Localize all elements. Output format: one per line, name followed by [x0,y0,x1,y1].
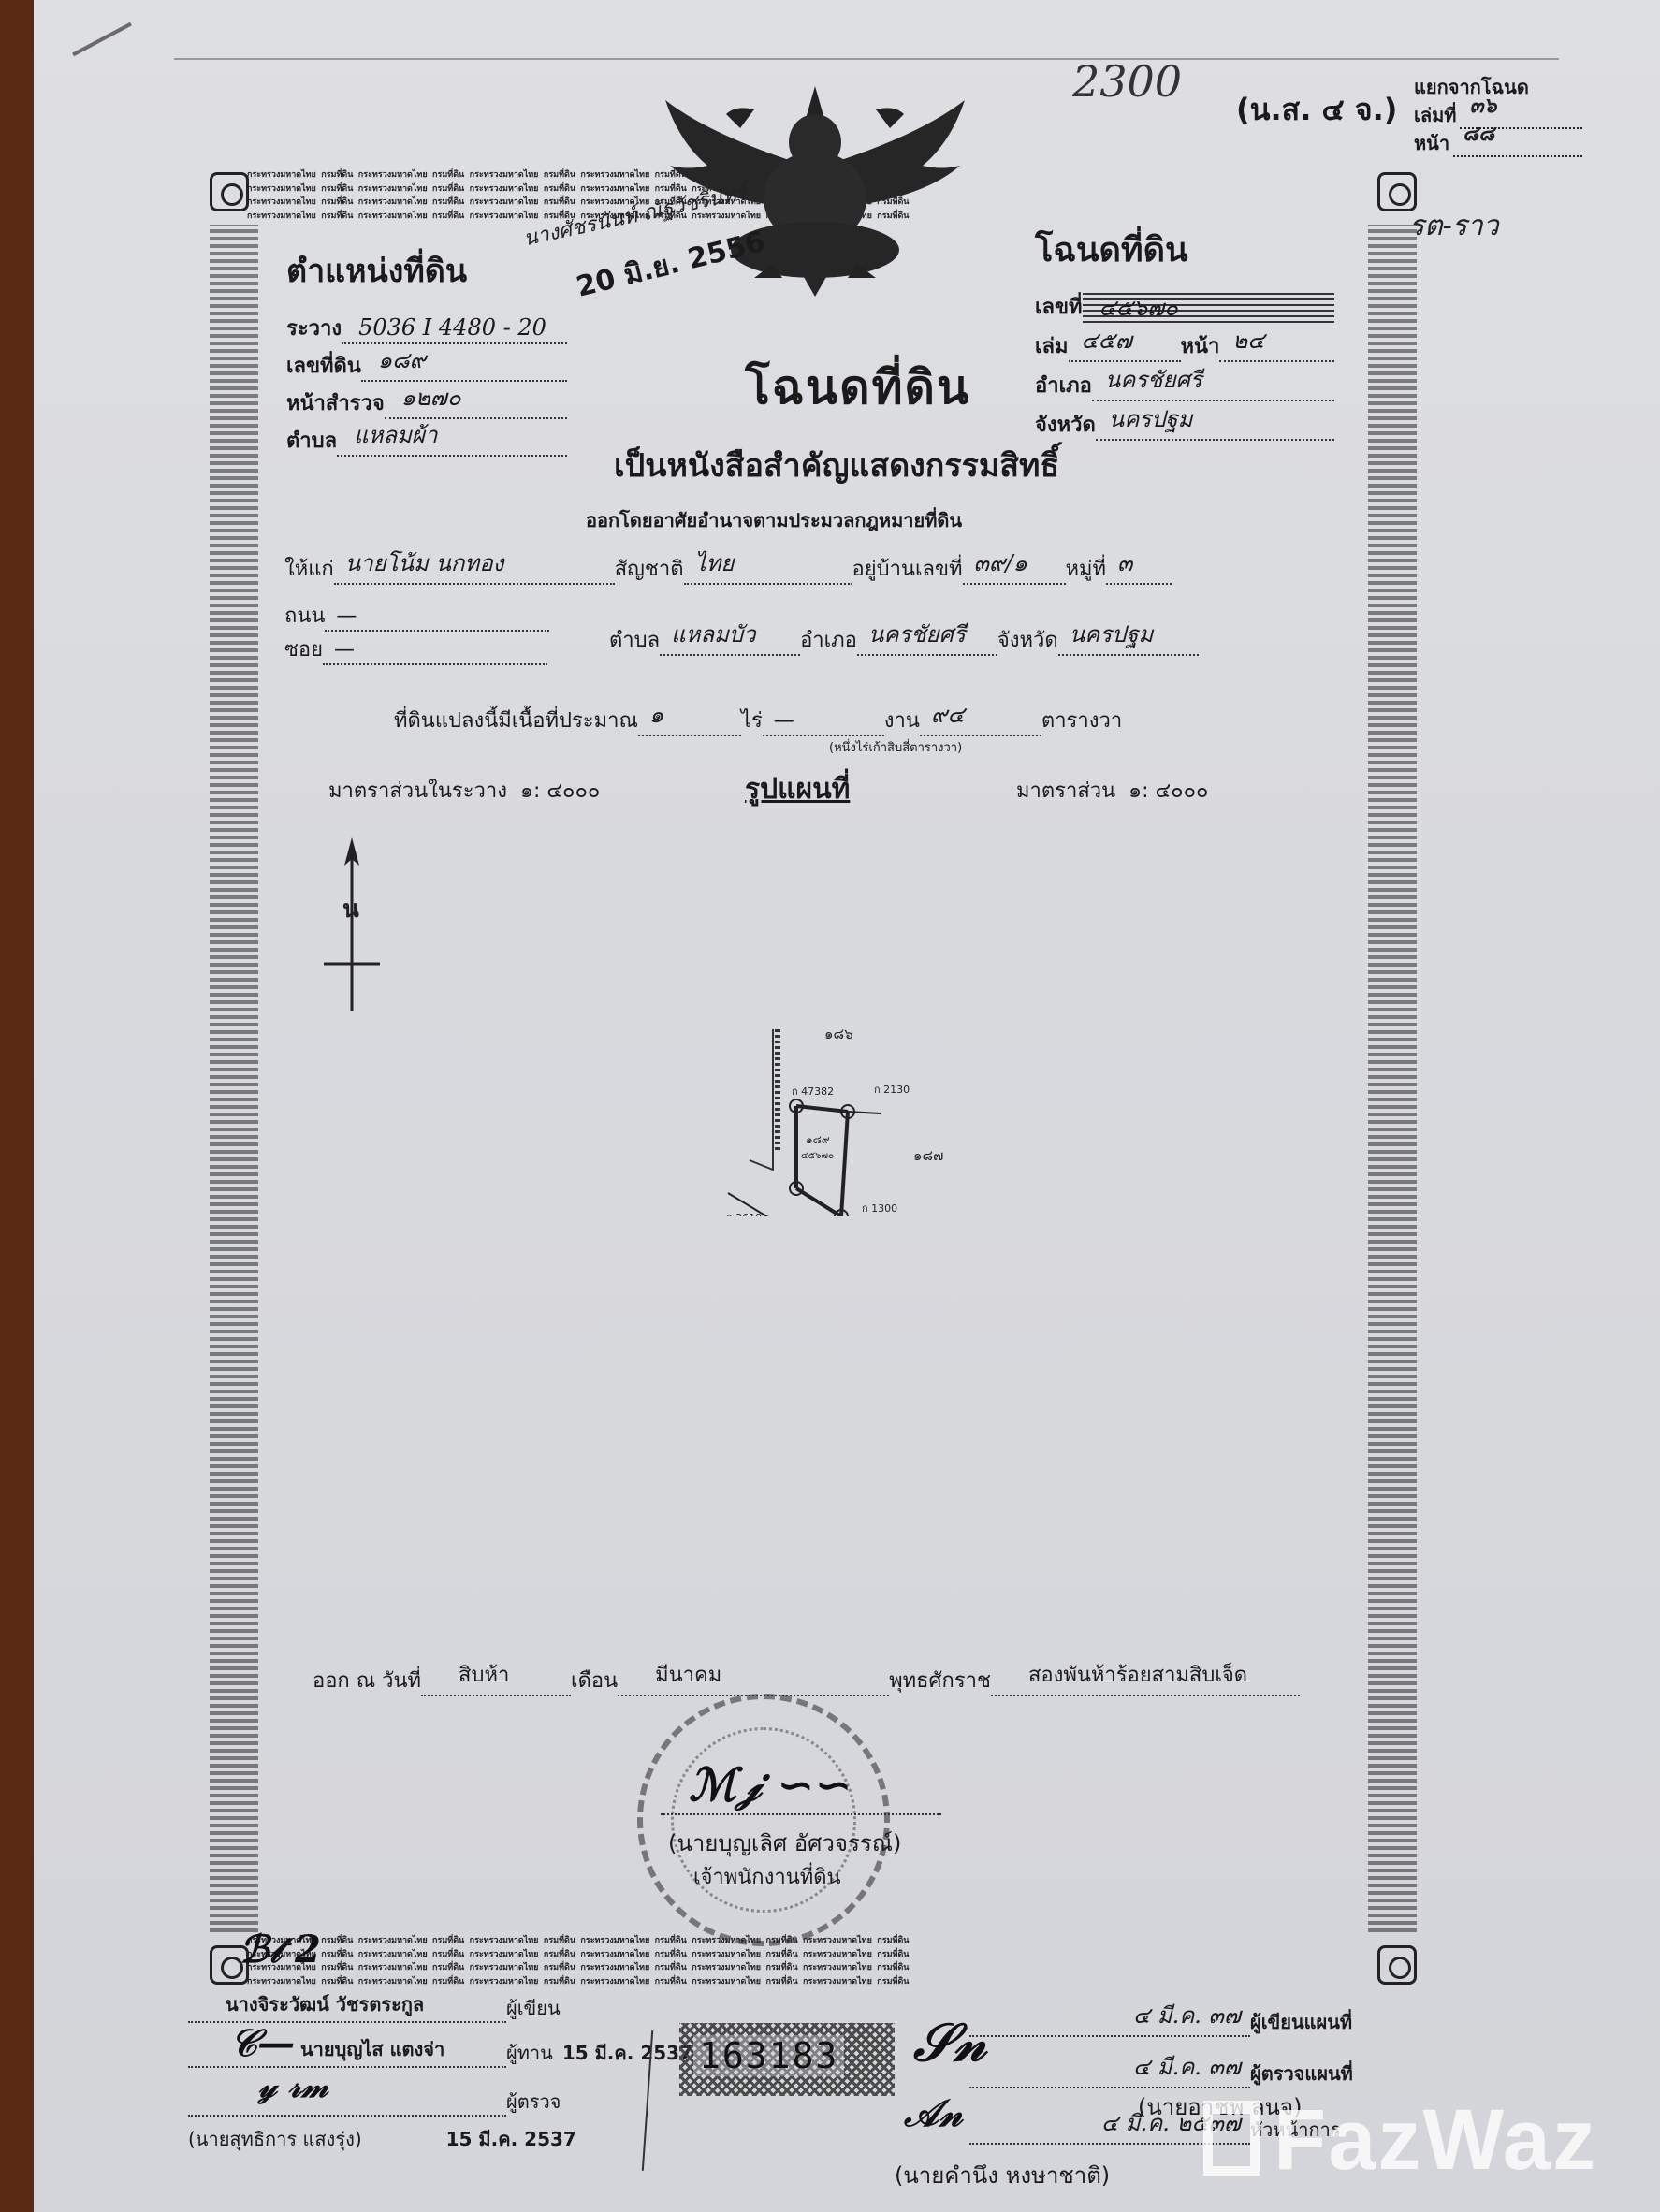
inspector-row: ผู้ตรวจ [188,2087,561,2117]
house-no-value: ๓๙/๑ [974,545,1027,581]
officer-name: (นายบุญเลิศ อัศวจรรณ์) [668,1825,901,1861]
map-checker-row: ๔ มี.ค. ๓๗ ผู้ตรวจแผนที่ [969,2059,1353,2088]
split-from-box: แยกจากโฉนด เล่มที่๓๖ หน้า๘๘ [1414,73,1582,157]
svg-text:ก 2130: ก 2130 [874,1084,910,1096]
owner-name: นายโน้ม นกทอง [345,545,504,581]
parcel-map-drawing: ๑๘๖ ๑๘๗ ๑๘๙ ๔๕๖๗๐ ก 47382 ก 2130 ก 1300 … [679,992,1016,1216]
watermark: FazWaz [1274,2091,1597,2190]
owner-province-value: นครปฐม [1070,616,1154,652]
land-location-title: ตำแหน่งที่ดิน [286,245,567,296]
split-volume-label: เล่มที่ [1414,101,1456,129]
deed-amphoe-label: อำเภอ [1035,369,1092,401]
deed-number-label: เลขที่ [1035,290,1083,323]
subtitle: เป็นหนังสือสำคัญแสดงกรรมสิทธิ์ [614,440,1059,490]
issued-by-law: ออกโดยอาศัยอำนาจตามประมวลกฎหมายที่ดิน [586,505,962,535]
deed-number-value: ๔๕๖๗๐ [1099,289,1178,326]
pen-mark [72,22,132,56]
split-volume-value: ๓๖ [1469,92,1496,120]
map-checker-date: ๔ มี.ค. ๓๗ [1133,2048,1241,2085]
inspector-name: (นายสุทธิการ แสงรุ่ง) [188,2124,362,2154]
map-checker-label: ผู้ตรวจแผนที่ [1250,2059,1353,2088]
split-page-label: หน้า [1414,129,1449,157]
map-scale: มาตราส่วน ๑: ๔๐๐๐ [1016,774,1208,807]
issued-date-row: ออก ณ วันที่ สิบห้า เดือน มีนาคม พุทธศัก… [313,1664,1370,1696]
top-rule [174,58,1559,60]
area-label: ที่ดินแปลงนี้มีเนื้อที่ประมาณ [394,704,638,736]
deed-amphoe-value: นครชัยศรี [1105,361,1202,398]
area-wa-label: ตารางวา [1041,704,1122,736]
owner-tambon-label: ตำบล [609,623,660,656]
issued-day-value: สิบห้า [459,1658,509,1691]
officer-signature: ℳ𝒿 ∽∽ [689,1759,852,1812]
area-rai-label: ไร่ [741,704,763,736]
owner-amphoe-label: อำเภอ [800,623,857,656]
area-ngan-label: งาน [884,704,920,736]
svg-text:๑๘๗: ๑๘๗ [913,1147,943,1164]
handwritten-number: 2300 [1072,56,1182,107]
inspector-name-row: (นายสุทธิการ แสงรุ่ง) 15 มี.ค. 2537 [188,2124,576,2154]
deed-page-label: หน้า [1181,329,1220,362]
checker-name: นายบุญไส แตงจ่า [300,2034,444,2064]
survey-page-label: หน้าสำรวจ [286,386,385,419]
road-label: ถนน [284,599,325,632]
head-name-row: (นายคำนึง หงษาชาติ) [895,2157,1110,2193]
map-scale-value: ๑: ๔๐๐๐ [1129,779,1208,803]
moo-value: ๓ [1117,545,1132,581]
area-rai-value: ๑ [649,696,663,733]
area-note: (หนึ่งไร่เก้าสิบสี่ตารางวา) [829,737,962,757]
issued-month-value: มีนาคม [655,1658,721,1691]
document-page: 2300 (น.ส. ๔ จ.) แยกจากโฉนด เล่มที่๓๖ หน… [34,0,1660,2212]
house-no-label: อยู่บ้านเลขที่ [852,552,963,585]
writer-label: ผู้เขียน [506,1993,561,2023]
owner-row: ให้แก่ นายโน้ม นกทอง สัญชาติ ไทย อยู่บ้า… [284,552,1304,585]
moo-label: หมู่ที่ [1066,552,1107,585]
deed-province-label: จังหวัด [1035,408,1096,441]
rawang-label: ระวาง [286,312,342,344]
inspector-date: 15 มี.ค. 2537 [446,2124,576,2154]
map-writer-date: ๔ มี.ค. ๓๗ [1133,1997,1241,2033]
map-title: รูปแผนที่ [745,767,850,811]
officer-title: เจ้าพนักงานที่ดิน [693,1860,841,1893]
deed-volume-value: ๔๕๗ [1082,322,1132,358]
issued-year-label: พุทธศักราช [889,1664,991,1696]
corner-note: รต-ราว [1409,204,1499,248]
issued-label: ออก ณ วันที่ [313,1664,421,1696]
official-seal [637,1694,890,1946]
soi-label: ซอย [284,633,323,665]
border-band-left [210,225,258,1932]
svg-text:๑๘๖: ๑๘๖ [824,1026,853,1042]
svg-text:ก 1300: ก 1300 [862,1202,897,1215]
fazwaz-logo-icon [1203,2101,1260,2176]
nationality-label: สัญชาติ [615,552,684,585]
soi-value: — [334,638,355,662]
road-row: ถนน — [284,599,549,632]
scale-in-sheet-label: มาตราส่วนในระวาง [328,779,507,803]
inspector-signature: 𝓎 𝓇𝓂 [258,2068,328,2105]
split-from-label: แยกจากโฉนด [1414,73,1582,101]
checker-label: ผู้ทาน [506,2038,553,2068]
checker-date: 15 มี.ค. 2537 [562,2038,692,2068]
land-location-section: ตำแหน่งที่ดิน ระวาง5036 I 4480 - 20 เลขท… [286,245,567,457]
owner-tambon-value: แหลมบัว [671,616,756,652]
nationality-value: ไทย [695,545,735,581]
map-scale-label: มาตราส่วน [1016,779,1115,803]
road-value: — [336,604,357,628]
north-arrow-icon: น [314,833,389,1011]
area-wa-value: ๙๔ [931,696,965,733]
issued-year-value: สองพันห้าร้อยสามสิบเจ็ด [1028,1658,1247,1691]
area-ngan-value: — [774,709,794,733]
main-title: โฉนดที่ดิน [745,351,970,425]
deed-volume-label: เล่ม [1035,329,1069,362]
area-row: ที่ดินแปลงนี้มีเนื้อที่ประมาณ ๑ ไร่ — งา… [394,704,1122,736]
serial-number: 163183 [693,2035,844,2076]
soi-row: ซอย — [284,633,547,665]
corner-ornament-icon [210,172,249,211]
svg-text:น: น [342,895,359,924]
writer-name: นางจิระวัฒน์ วัชรตระกูล [226,1989,424,2019]
border-band-right [1368,225,1417,1932]
deed-page-value: ๒๔ [1232,322,1264,358]
map-signature: 𝒮𝓃 [913,2012,986,2074]
head-signature: 𝒜𝓃 [904,2091,962,2135]
inspector-label: ผู้ตรวจ [506,2087,561,2117]
corner-ornament-icon [1377,172,1417,211]
parcel-no-label: เลขที่ดิน [286,349,361,382]
tambon-value: แหลมผ้า [354,416,437,453]
deed-province-value: นครปฐม [1109,400,1193,437]
svg-text:๔๕๖๗๐: ๔๕๖๗๐ [801,1151,834,1161]
split-page-value: ๘๘ [1463,120,1494,148]
deed-title: โฉนดที่ดิน [1035,223,1334,276]
address-row: ตำบล แหลมบัว อำเภอ นครชัยศรี จังหวัด นคร… [609,623,1199,656]
rawang-value: 5036 I 4480 - 20 [358,314,546,341]
border-band-bottom: กระทรวงมหาดไทย กรมที่ดิน กระทรวงมหาดไทย … [247,1934,1379,1988]
writer-signature: ℬ𝓉 2 [240,1928,321,1972]
given-to-label: ให้แก่ [284,552,334,585]
scale-in-sheet: มาตราส่วนในระวาง ๑: ๔๐๐๐ [328,774,600,807]
owner-province-label: จังหวัด [997,623,1058,656]
officer-signature-line [661,1813,941,1815]
checker-signature: 𝒞— [230,2021,295,2065]
map-writer-label: ผู้เขียนแผนที่ [1250,2007,1352,2037]
map-writer-row: ๔ มี.ค. ๓๗ ผู้เขียนแผนที่ [969,2007,1352,2037]
deed-info-section: โฉนดที่ดิน เลขที่๔๕๖๗๐ เล่ม๔๕๗หน้า๒๔ อำเ… [1035,223,1334,441]
issued-month-label: เดือน [571,1664,618,1696]
svg-text:ก 47382: ก 47382 [792,1085,834,1098]
owner-amphoe-value: นครชัยศรี [868,616,966,652]
tambon-label: ตำบล [286,424,337,457]
scale-in-sheet-value: ๑: ๔๐๐๐ [520,779,600,803]
corner-ornament-icon [1377,1945,1417,1985]
writer-row: นางจิระวัฒน์ วัชรตระกูล ผู้เขียน [188,1993,561,2023]
survey-page-value: ๑๒๗๐ [401,379,461,415]
head-name: (นายคำนึง หงษาชาติ) [895,2157,1110,2193]
form-code: (น.ส. ๔ จ.) [1236,86,1397,134]
svg-text:ก 2619: ก 2619 [726,1212,762,1216]
parcel-no-value: ๑๘๙ [378,342,426,378]
svg-text:๑๘๙: ๑๘๙ [806,1133,830,1146]
